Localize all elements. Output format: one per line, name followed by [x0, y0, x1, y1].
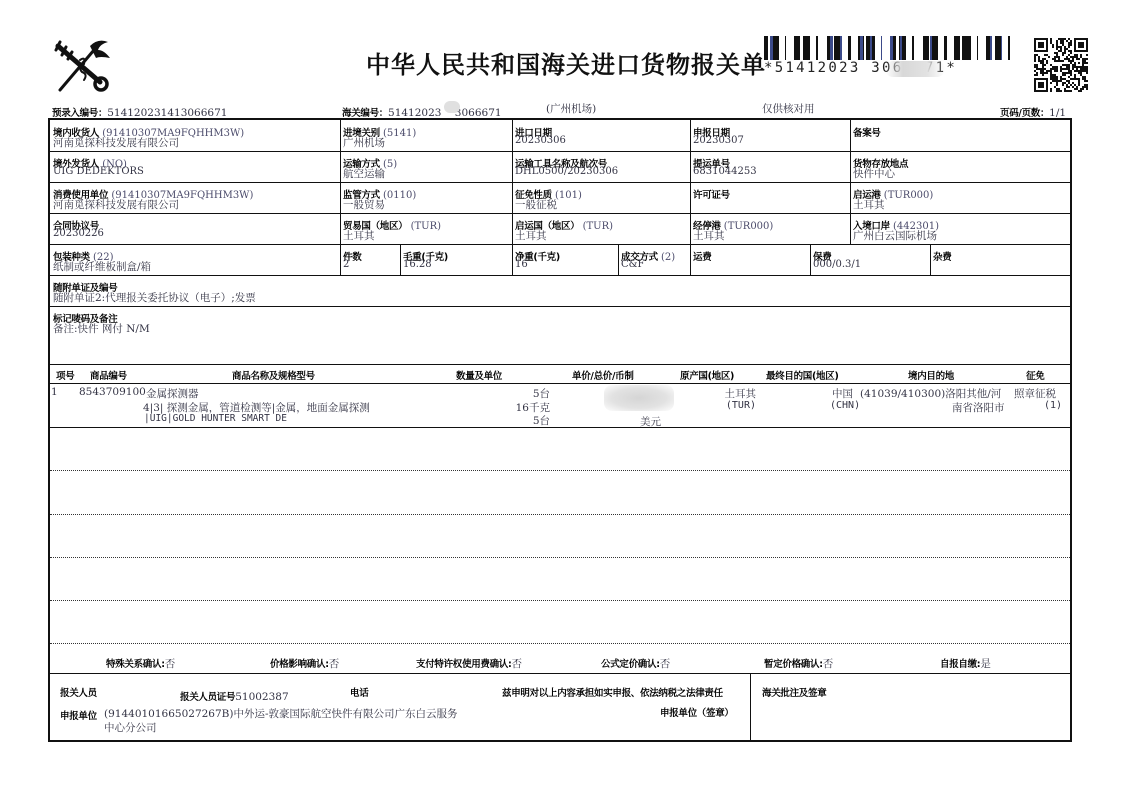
grid-line	[50, 364, 1070, 365]
field-shipper: 境外发货人 (NO)UIG DEDEKTORS	[50, 151, 340, 182]
field-value: 2	[343, 259, 349, 270]
col-hs-code: 商品编号	[90, 368, 127, 382]
grid-line	[50, 244, 1070, 245]
field-value: 000/0.3/1	[813, 259, 861, 270]
qty-3: 5台	[480, 413, 550, 428]
field-value: 土耳其	[515, 228, 547, 243]
field-misc-fee: 杂费	[930, 244, 1070, 275]
grid-line	[850, 120, 851, 244]
field-import-date: 进口日期20230306	[512, 120, 690, 151]
field-value: 纸制或纤维板制盒/箱	[53, 259, 151, 274]
dotted-line	[50, 514, 1070, 515]
grid-line	[50, 151, 1070, 152]
field-value: 快件中心	[853, 166, 895, 181]
field-value: 一般贸易	[343, 197, 385, 212]
dest-country-code: (CHN)	[830, 400, 860, 411]
field-value: 一般征税	[515, 197, 557, 212]
goods-spec-2: |UIG|GOLD HUNTER SMART DE	[144, 413, 287, 424]
self-declare-self-pay: 自报自缴:是	[940, 652, 991, 671]
grid-line	[50, 213, 1070, 214]
field-record-no: 备案号	[850, 120, 1070, 151]
field-label: 许可证号	[693, 190, 730, 201]
levy-code: (1)	[1044, 400, 1062, 411]
field-vessel-voyage: 运输工具名称及航次号DHL0500/20230306	[512, 151, 690, 182]
field-value: 土耳其	[693, 228, 725, 243]
field-value: 河南觅探科技发展有限公司	[53, 135, 179, 150]
domestic-dest-1: (41039/410300)洛阳其他/河	[860, 386, 1001, 401]
field-value: UIG DEDEKTORS	[53, 166, 144, 177]
field-contract-no: 合同协议号20230226	[50, 213, 340, 244]
phone-label: 电话	[350, 685, 368, 699]
declaring-unit-line2: 中心分公司	[104, 720, 157, 735]
field-declare-date: 申报日期20230307	[690, 120, 850, 151]
levy-mode: 照章征税	[1014, 386, 1056, 401]
dest-country: 中国	[832, 386, 853, 401]
field-gross-weight: 毛重(千克)16.28	[400, 244, 512, 275]
field-code: (0110)	[380, 190, 416, 201]
grid-line	[340, 120, 341, 275]
field-insurance: 保费000/0.3/1	[810, 244, 930, 275]
field-label: 杂费	[933, 252, 951, 263]
field-trade-country: 贸易国（地区） (TUR)土耳其	[340, 213, 512, 244]
field-transport-mode: 运输方式 (5)航空运输	[340, 151, 512, 182]
field-value: 土耳其	[853, 197, 885, 212]
confirm-special-relation: 特殊关系确认:否	[106, 652, 175, 671]
col-domestic-dest: 境内目的地	[908, 368, 954, 382]
confirm-formula-pricing: 公式定价确认:否	[601, 652, 670, 671]
hs-code: 8543709100	[79, 386, 146, 398]
col-item-no: 项号	[56, 368, 74, 382]
confirm-royalty: 支付特许权使用费确认:否	[416, 652, 522, 671]
grid-line	[618, 244, 619, 275]
origin-code: (TUR)	[690, 400, 756, 411]
col-price: 单价/总价/币制	[572, 368, 634, 382]
field-transit-port: 经停港 (TUR000)土耳其	[690, 213, 850, 244]
goods-name: 金属探测器	[146, 386, 199, 401]
redacted-price	[604, 385, 674, 411]
col-levy: 征免	[1026, 368, 1044, 382]
field-value: DHL0500/20230306	[515, 166, 618, 177]
document-title: 中华人民共和国海关进口货物报关单	[366, 45, 766, 80]
col-goods-name: 商品名称及规格型号	[232, 368, 315, 382]
grid-line	[50, 275, 1070, 276]
field-departure-port: 启运港 (TUR000)土耳其	[850, 182, 1070, 213]
redacted-mark	[885, 61, 945, 77]
field-value: 广州白云国际机场	[853, 228, 937, 243]
declarant-label: 报关人员	[60, 685, 97, 699]
field-value: 16	[515, 259, 528, 270]
field-value: 河南觅探科技发展有限公司	[53, 197, 179, 212]
field-consignee: 境内收货人 (91410307MA9FQHHM3W)河南觅探科技发展有限公司	[50, 120, 340, 151]
customs-note-label: 海关批注及签章	[762, 685, 826, 699]
field-code: (TUR)	[407, 221, 441, 232]
item-no: 1	[51, 386, 58, 398]
declaration-statement: 兹申明对以上内容承担如实申报、依法纳税之法律责任	[502, 685, 723, 699]
redacted-mark	[444, 101, 460, 113]
dotted-line	[50, 643, 1070, 644]
field-code: (2)	[658, 252, 675, 263]
verify-note: 仅供核对用	[762, 101, 815, 116]
dotted-line	[50, 600, 1070, 601]
field-entry-customs: 进境关别 (5141)广州机场	[340, 120, 512, 151]
field-entry-port: 入境口岸 (442301)广州白云国际机场	[850, 213, 1070, 244]
grid-line	[512, 120, 513, 275]
field-label: 运费	[693, 252, 711, 263]
field-value: 土耳其	[343, 228, 375, 243]
grid-line	[810, 244, 811, 275]
field-license-no: 许可证号	[690, 182, 850, 213]
field-value: C&F	[621, 259, 645, 270]
col-dest-country: 最终目的国(地区)	[766, 368, 838, 382]
grid-line	[690, 120, 691, 275]
grid-line	[50, 306, 1070, 307]
seal-label: 申报单位（签章）	[660, 705, 734, 719]
grid-line	[50, 427, 1070, 428]
domestic-dest-2: 南省洛阳市	[952, 400, 1005, 415]
field-value: 6831044253	[693, 166, 757, 177]
field-storage-place: 货物存放地点快件中心	[850, 151, 1070, 182]
field-value: 20230307	[693, 135, 744, 146]
field-code: (TUR000)	[721, 221, 774, 232]
field-supervision-mode: 监管方式 (0110)一般贸易	[340, 182, 512, 213]
field-marks-remarks: 标记唛码及备注备注:快件 网付 N/M	[50, 306, 1070, 337]
field-value: 20230306	[515, 135, 566, 146]
col-origin: 原产国(地区)	[680, 368, 734, 382]
confirm-provisional-price: 暂定价格确认:否	[764, 652, 833, 671]
field-value: 16.28	[403, 259, 432, 270]
field-value: 广州机场	[343, 135, 385, 150]
field-attached-docs: 随附单证及编号随附单证2:代理报关委托协议（电子）;发票	[50, 275, 1070, 306]
declaration-form: 境内收货人 (91410307MA9FQHHM3W)河南觅探科技发展有限公司进境…	[48, 118, 1072, 742]
field-value: 备注:快件 网付 N/M	[53, 321, 150, 336]
field-bill-no: 提运单号6831044253	[690, 151, 850, 182]
field-code: (TUR)	[579, 221, 613, 232]
grid-line	[750, 673, 751, 740]
currency: 美元	[640, 414, 661, 429]
declaring-unit-label: 申报单位	[60, 708, 97, 722]
confirm-price-influence: 价格影响确认:否	[270, 652, 339, 671]
port-note: (广州机场)	[546, 101, 596, 116]
field-value: 航空运输	[343, 166, 385, 181]
declaring-unit-line1: (91440101665027267B)中外运-敦豪国际航空快件有限公司广东白云…	[104, 706, 458, 721]
dotted-line	[50, 557, 1070, 558]
field-code: (5141)	[380, 128, 416, 139]
declarant-cert: 报关人员证号51002387	[180, 685, 289, 704]
origin: 土耳其	[690, 386, 756, 401]
field-value: 20230226	[53, 228, 104, 239]
field-code: (TUR000)	[881, 190, 934, 201]
grid-line	[930, 244, 931, 275]
field-levy-nature: 征免性质 (101)一般征税	[512, 182, 690, 213]
qty-1: 5台	[480, 386, 550, 401]
field-transaction-mode: 成交方式 (2)C&F	[618, 244, 690, 275]
field-pieces: 件数2	[340, 244, 400, 275]
field-freight: 运费	[690, 244, 810, 275]
grid-line	[50, 673, 1070, 674]
grid-line	[50, 182, 1070, 183]
field-label: 备案号	[853, 128, 881, 139]
field-consumer: 消费使用单位 (91410307MA9FQHHM3W)河南觅探科技发展有限公司	[50, 182, 340, 213]
grid-line	[50, 383, 1070, 384]
qr-code-icon	[1034, 38, 1088, 92]
dotted-line	[50, 470, 1070, 471]
customs-emblem-icon	[50, 38, 112, 96]
field-package-type: 包装种类 (22)纸制或纤维板制盒/箱	[50, 244, 340, 275]
grid-line	[400, 244, 401, 275]
field-value: 随附单证2:代理报关委托协议（电子）;发票	[53, 290, 256, 305]
field-net-weight: 净重(千克)16	[512, 244, 618, 275]
field-departure-country: 启运国（地区） (TUR)土耳其	[512, 213, 690, 244]
barcode-icon	[764, 36, 1020, 60]
col-quantity: 数量及单位	[456, 368, 502, 382]
